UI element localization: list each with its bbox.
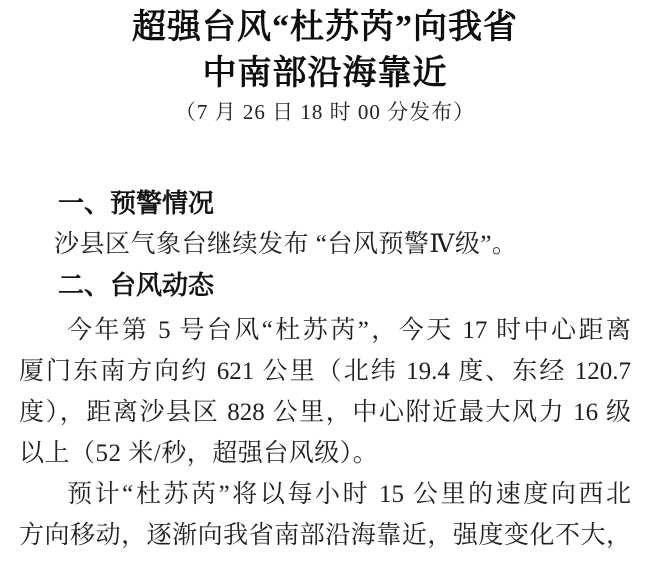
typhoon-warning-document: 超强台风“杜苏芮”向我省 中南部沿海靠近 （7 月 26 日 18 时 00 分… <box>0 0 650 577</box>
section-2-heading: 二、台风动态 <box>19 265 631 306</box>
section-1-heading: 一、预警情况 <box>19 183 631 224</box>
paragraph-line: 厦门东南方向约 621 公里（北纬 19.4 度、东经 120.7 <box>19 351 631 392</box>
title-line-1: 超强台风“杜苏芮”向我省 <box>0 5 650 51</box>
publish-timestamp: （7 月 26 日 18 时 00 分发布） <box>0 97 650 127</box>
paragraph-line: 今年第 5 号台风“杜苏芮”，今天 17 时中心距离 <box>19 310 631 351</box>
title-line-2: 中南部沿海靠近 <box>0 51 650 97</box>
document-body: 一、预警情况 沙县区气象台继续发布 “台风预警Ⅳ级”。 二、台风动态 今年第 5… <box>19 183 631 556</box>
typhoon-forecast-paragraph: 预计“杜苏芮”将以每小时 15 公里的速度向西北 方向移动，逐渐向我省南部沿海靠… <box>19 474 631 556</box>
typhoon-position-paragraph: 今年第 5 号台风“杜苏芮”，今天 17 时中心距离 厦门东南方向约 621 公… <box>19 310 631 474</box>
section-1-warning-status-text: 沙县区气象台继续发布 “台风预警Ⅳ级”。 <box>19 224 631 265</box>
paragraph-line: 以上（52 米/秒，超强台风级）。 <box>19 433 631 474</box>
document-title: 超强台风“杜苏芮”向我省 中南部沿海靠近 <box>0 0 650 97</box>
paragraph-line: 预计“杜苏芮”将以每小时 15 公里的速度向西北 <box>19 474 631 515</box>
paragraph-line: 度），距离沙县区 828 公里，中心附近最大风力 16 级 <box>19 392 631 433</box>
paragraph-line: 方向移动，逐渐向我省南部沿海靠近，强度变化不大， <box>19 515 631 556</box>
